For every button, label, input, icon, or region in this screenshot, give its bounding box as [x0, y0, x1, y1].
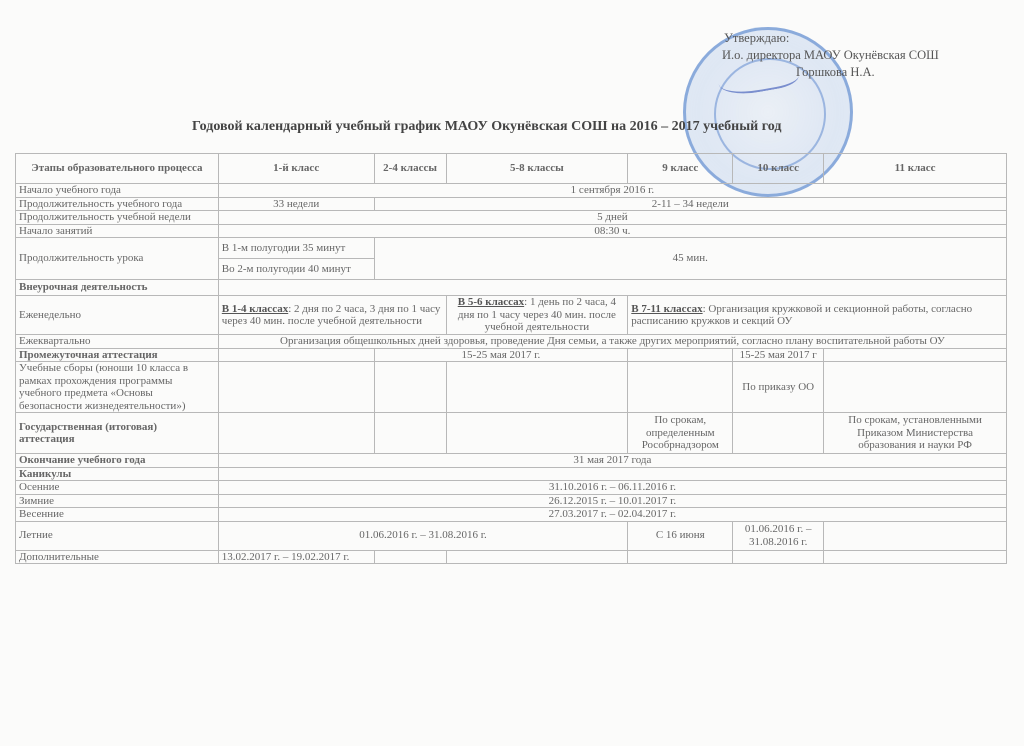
approval-block: Утверждаю: И.о. директора МАОУ Окунёвска…: [722, 30, 939, 81]
cell-value: 1 сентября 2016 г.: [218, 184, 1006, 198]
cell-grades-1-4: В 1-4 классах: 2 дня по 2 часа, 3 дня по…: [218, 296, 446, 335]
row-label: Продолжительность учебной недели: [16, 211, 219, 225]
cell-grades-5-6: В 5-6 классах: 1 день по 2 часа, 4 дня п…: [446, 296, 628, 335]
table-row: Учебные сборы (юноши 10 класса в рамках …: [16, 362, 1007, 413]
cell-grade-10: По приказу ОО: [733, 362, 824, 413]
table-row: Продолжительность учебной недели 5 дней: [16, 211, 1007, 225]
cell-grade-9: С 16 июня: [628, 521, 733, 550]
document-title: Годовой календарный учебный график МАОУ …: [192, 119, 781, 135]
cell-empty: [218, 362, 374, 413]
cell-empty: [218, 467, 1006, 481]
row-label: Начало учебного года: [16, 184, 219, 198]
cell-empty: [374, 550, 446, 564]
table-row: Внеурочная деятельность: [16, 280, 1007, 296]
table-row: Начало занятий 08:30 ч.: [16, 224, 1007, 238]
cell-value: 27.03.2017 г. – 02.04.2017 г.: [218, 508, 1006, 522]
cell-empty: [446, 413, 628, 454]
cell-grades-7-11: В 7-11 классах: Организация кружковой и …: [628, 296, 1007, 335]
cell-value: Организация общешкольных дней здоровья, …: [218, 335, 1006, 349]
table-row: Летние 01.06.2016 г. – 31.08.2016 г. С 1…: [16, 521, 1007, 550]
cell-empty: [824, 362, 1007, 413]
table-row: Окончание учебного года 31 мая 2017 года: [16, 454, 1007, 468]
row-label: Еженедельно: [16, 296, 219, 335]
table-row: Дополнительные 13.02.2017 г. – 19.02.201…: [16, 550, 1007, 564]
header-grade-1: 1-й класс: [218, 154, 374, 184]
row-label: Каникулы: [16, 467, 219, 481]
row-label: Начало занятий: [16, 224, 219, 238]
approval-line-2: И.о. директора МАОУ Окунёвская СОШ: [722, 47, 939, 64]
table-row: Продолжительность учебного года 33 недел…: [16, 197, 1007, 211]
cell-empty: [824, 348, 1007, 362]
cell-empty: [218, 348, 374, 362]
cell-grade-1-half-2: Во 2-м полугодии 40 минут: [218, 259, 374, 280]
table-row: Осенние 31.10.2016 г. – 06.11.2016 г.: [16, 481, 1007, 495]
grades-1-4-heading: В 1-4 классах: [222, 303, 288, 315]
cell-grade-1: 13.02.2017 г. – 19.02.2017 г.: [218, 550, 374, 564]
row-label: Учебные сборы (юноши 10 класса в рамках …: [16, 362, 219, 413]
header-grade-9: 9 класс: [628, 154, 733, 184]
approval-line-3: Горшкова Н.А.: [796, 64, 939, 81]
row-label: Осенние: [16, 481, 219, 495]
row-label: Промежуточная аттестация: [16, 348, 219, 362]
table-row: Государственная (итоговая) аттестация По…: [16, 413, 1007, 454]
cell-grade-11: По срокам, установленными Приказом Минис…: [824, 413, 1007, 454]
cell-empty: [628, 362, 733, 413]
table-row: Промежуточная аттестация 15-25 мая 2017 …: [16, 348, 1007, 362]
cell-empty: [374, 413, 446, 454]
row-label: Государственная (итоговая) аттестация: [16, 413, 219, 454]
grades-5-6-heading: В 5-6 классах: [458, 296, 524, 308]
row-label: Дополнительные: [16, 550, 219, 564]
header-row: Этапы образовательного процесса 1-й клас…: [16, 154, 1007, 184]
approval-line-1: Утверждаю:: [724, 30, 939, 47]
table-row: Весенние 27.03.2017 г. – 02.04.2017 г.: [16, 508, 1007, 522]
cell-empty: [218, 413, 374, 454]
table-row: Еженедельно В 1-4 классах: 2 дня по 2 ча…: [16, 296, 1007, 335]
cell-empty: [446, 550, 628, 564]
cell-grade-10: 15-25 мая 2017 г: [733, 348, 824, 362]
row-label: Ежеквартально: [16, 335, 219, 349]
cell-grade-1: 33 недели: [218, 197, 374, 211]
cell-empty: [733, 413, 824, 454]
table-row: Продолжительность урока В 1-м полугодии …: [16, 238, 1007, 259]
header-grades-5-8: 5-8 классы: [446, 154, 628, 184]
row-label: Внеурочная деятельность: [16, 280, 219, 296]
cell-grade-1-half-1: В 1-м полугодии 35 минут: [218, 238, 374, 259]
row-label: Летние: [16, 521, 219, 550]
header-stages: Этапы образовательного процесса: [16, 154, 219, 184]
cell-others: 2-11 – 34 недели: [374, 197, 1006, 211]
schedule-table: Этапы образовательного процесса 1-й клас…: [15, 153, 1007, 564]
row-label: Весенние: [16, 508, 219, 522]
cell-empty: [628, 348, 733, 362]
row-label: Продолжительность учебного года: [16, 197, 219, 211]
row-label: Продолжительность урока: [16, 238, 219, 280]
cell-others: 45 мин.: [374, 238, 1006, 280]
cell-value: 31.10.2016 г. – 06.11.2016 г.: [218, 481, 1006, 495]
cell-grades-1-8: 01.06.2016 г. – 31.08.2016 г.: [218, 521, 627, 550]
header-grades-2-4: 2-4 классы: [374, 154, 446, 184]
cell-grade-9: По срокам, определенным Рособрнадзором: [628, 413, 733, 454]
cell-empty: [824, 550, 1007, 564]
cell-empty: [446, 362, 628, 413]
table-row: Начало учебного года 1 сентября 2016 г.: [16, 184, 1007, 198]
header-grade-10: 10 класс: [733, 154, 824, 184]
table-row: Каникулы: [16, 467, 1007, 481]
cell-empty: [218, 280, 1006, 296]
cell-empty: [733, 550, 824, 564]
cell-empty: [824, 521, 1007, 550]
grades-7-11-heading: В 7-11 классах: [631, 303, 702, 315]
header-grade-11: 11 класс: [824, 154, 1007, 184]
table-row: Зимние 26.12.2015 г. – 10.01.2017 г.: [16, 494, 1007, 508]
cell-empty: [628, 550, 733, 564]
cell-grade-10: 01.06.2016 г. – 31.08.2016 г.: [733, 521, 824, 550]
table-row: Ежеквартально Организация общешкольных д…: [16, 335, 1007, 349]
cell-value: 31 мая 2017 года: [218, 454, 1006, 468]
cell-empty: [374, 362, 446, 413]
cell-value: 5 дней: [218, 211, 1006, 225]
cell-grades-2-8: 15-25 мая 2017 г.: [374, 348, 628, 362]
cell-value: 26.12.2015 г. – 10.01.2017 г.: [218, 494, 1006, 508]
row-label: Зимние: [16, 494, 219, 508]
row-label: Окончание учебного года: [16, 454, 219, 468]
cell-value: 08:30 ч.: [218, 224, 1006, 238]
